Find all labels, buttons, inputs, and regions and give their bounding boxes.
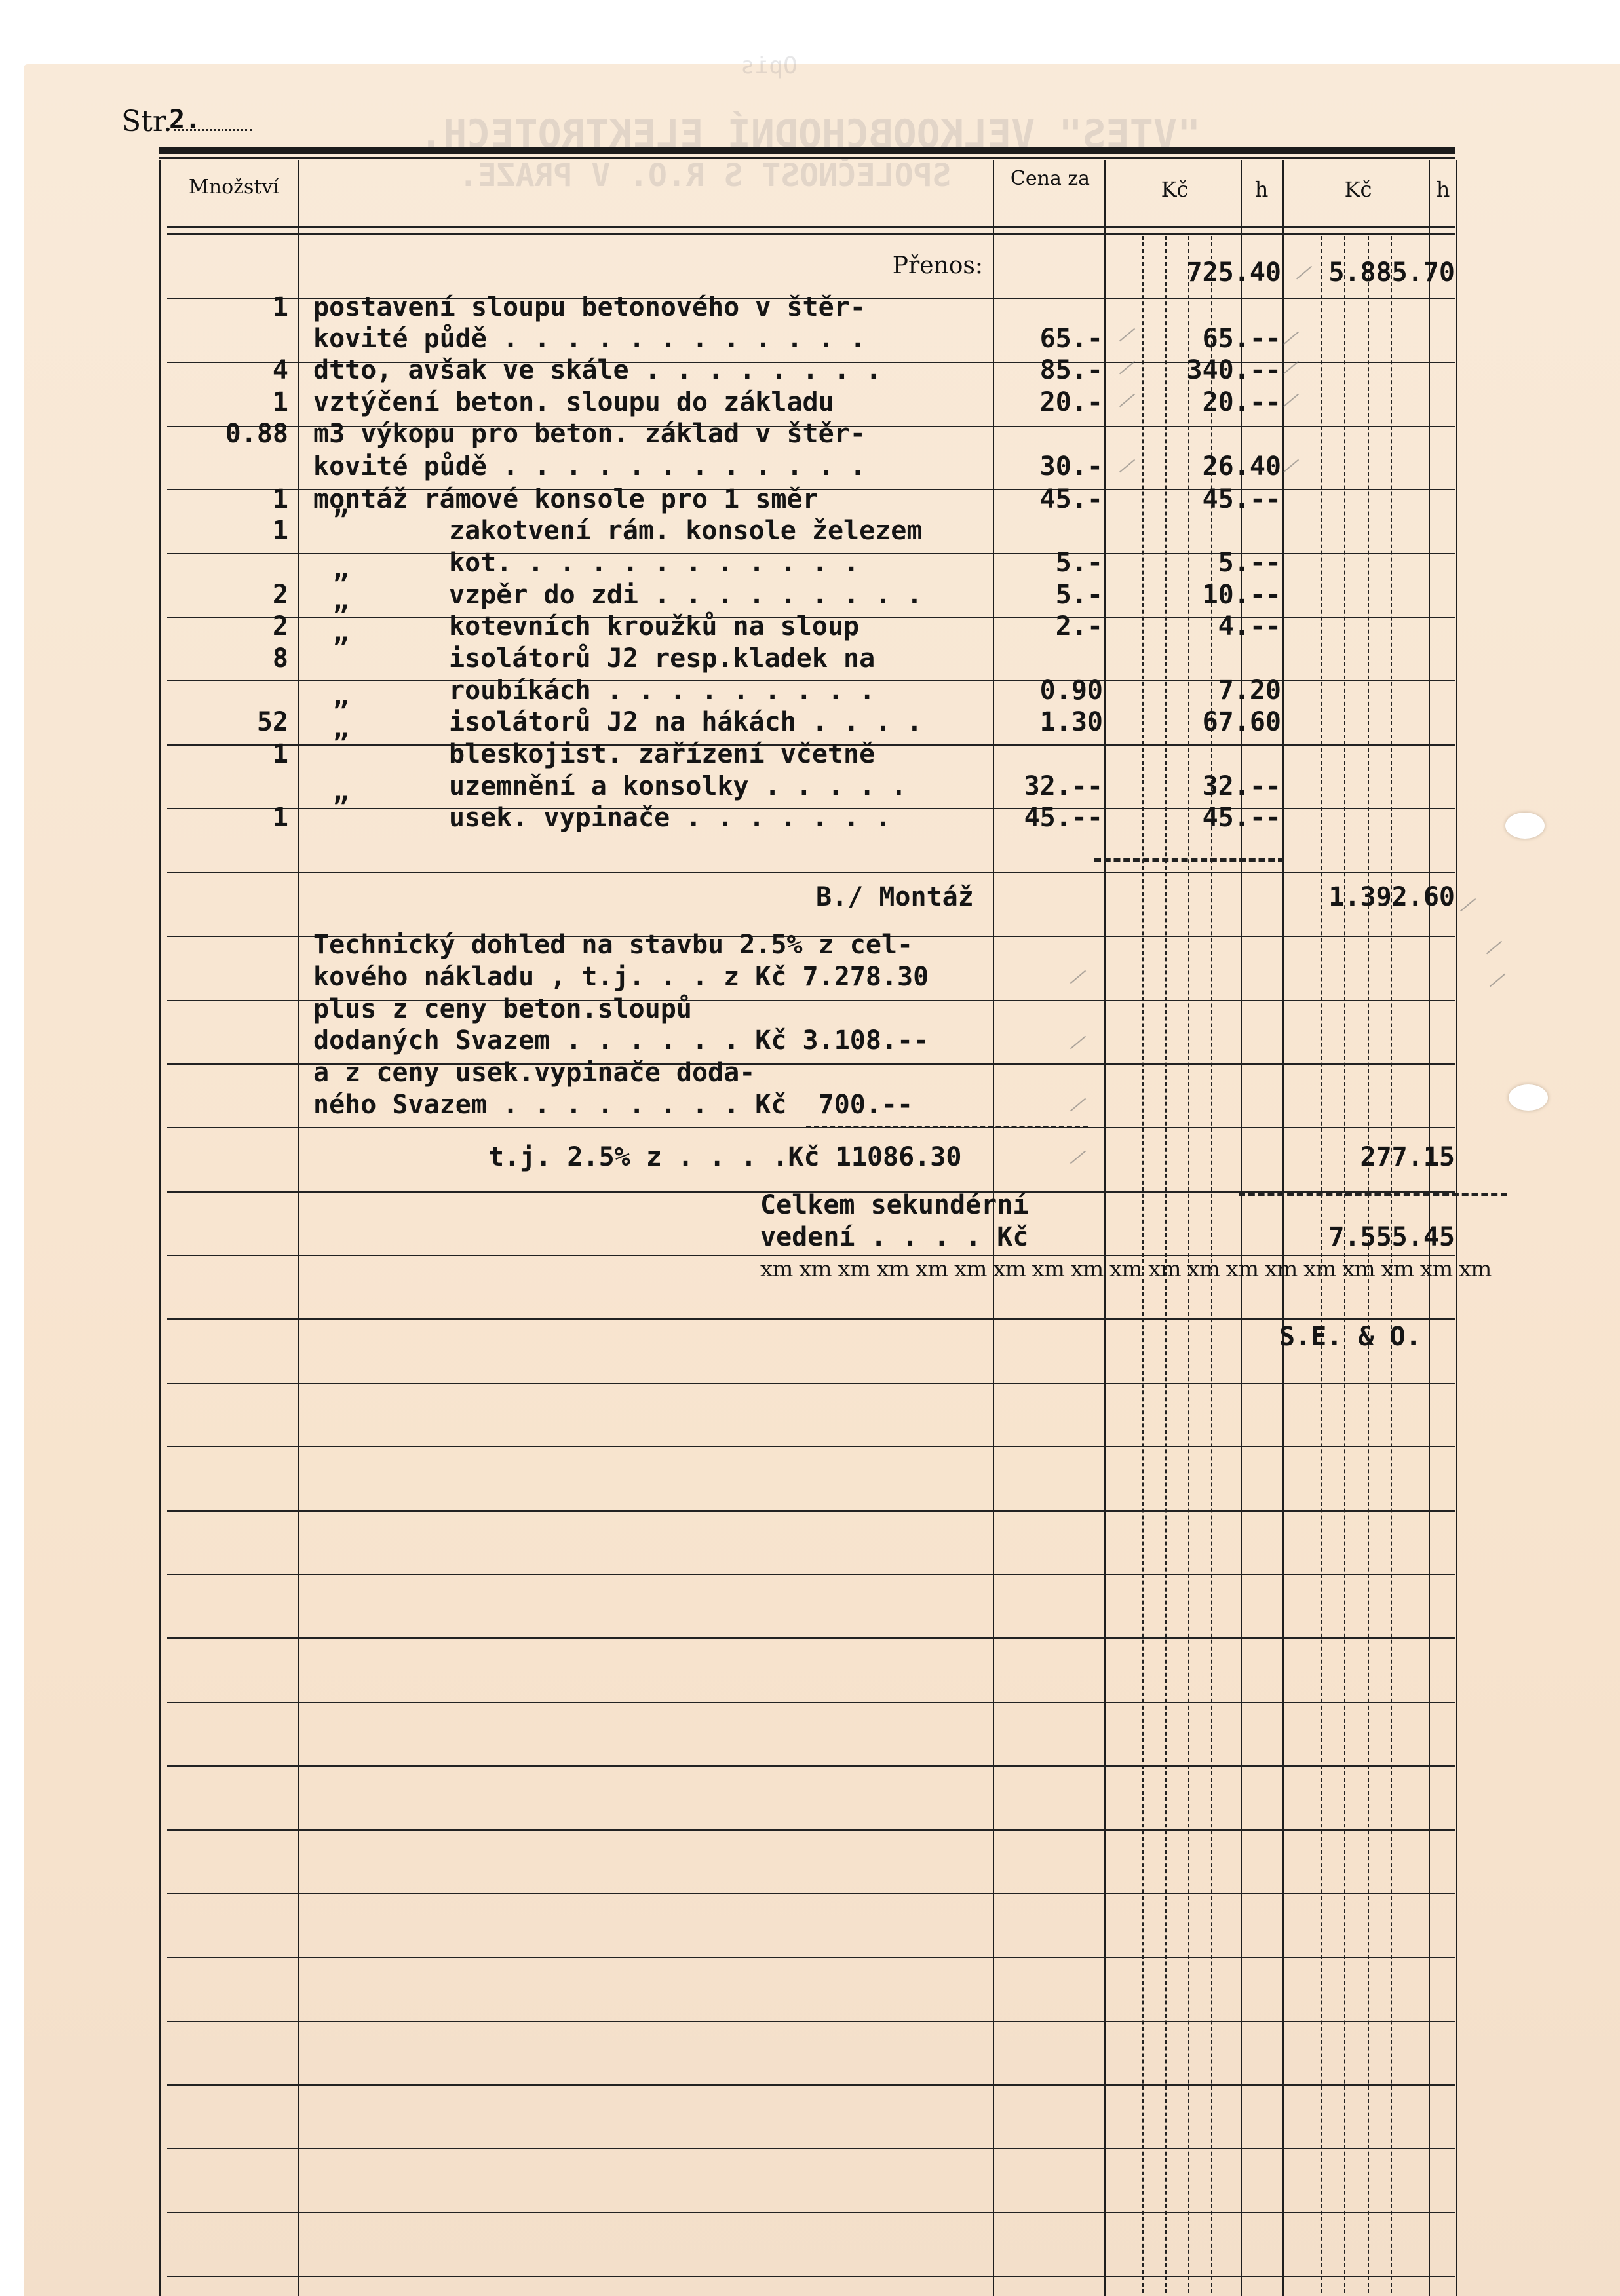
item-desc: kotevních kroužků na sloup: [449, 611, 859, 642]
item-desc: isolátorů J2 resp.kladek na: [449, 643, 875, 674]
item-total: 26.40: [1114, 451, 1281, 482]
col-border-right: [1456, 160, 1457, 2296]
row-rule: [167, 1702, 1455, 1703]
row-rule: [167, 1957, 1455, 1958]
item-qty: 2: [183, 611, 288, 642]
ditto-mark: ”: [333, 696, 349, 727]
header-kc-2: Kč: [1288, 177, 1429, 202]
row-rule: [167, 2276, 1455, 2277]
row-rule: [167, 2021, 1455, 2022]
ditto-mark: ”: [333, 505, 349, 536]
item-desc: postavení sloupu betonového v štěr-: [313, 292, 866, 323]
page-label-text: Str.: [121, 105, 172, 138]
row-rule: [167, 1637, 1455, 1639]
supervision-line: plus z ceny beton.sloupů: [313, 993, 692, 1025]
supervision-line: a z ceny usek.vypinače doda-: [313, 1057, 755, 1088]
col-border-qty-inner: [303, 160, 303, 2296]
item-desc: vzpěr do zdi . . . . . . . . .: [449, 579, 922, 611]
bleed-through-note: Opis: [741, 52, 798, 79]
grand-total-value: 7.555.45: [1288, 1221, 1455, 1253]
item-qty: 4: [183, 354, 288, 386]
item-price: 2.-: [993, 611, 1103, 642]
header-h-1: h: [1242, 177, 1281, 202]
col-border-left: [159, 160, 161, 2296]
page-number: 2.: [169, 105, 201, 135]
signature: S.E. & O.: [1279, 1321, 1421, 1352]
subtotal-separator: [1094, 858, 1284, 862]
row-rule: [167, 1893, 1455, 1894]
item-qty: 8: [183, 643, 288, 674]
punch-hole: [1505, 813, 1545, 839]
item-total: 5.--: [1114, 547, 1281, 579]
supervision-result-value: 277.15: [1288, 1141, 1455, 1173]
strike-line: xm xm xm xm xm xm xm xm xm xm xm xm xm x…: [760, 1253, 1491, 1285]
item-total: 65.--: [1114, 323, 1281, 354]
ditto-mark: ”: [333, 569, 349, 600]
col-border-price: [1104, 160, 1106, 2296]
item-price: 5.-: [993, 579, 1103, 611]
item-desc: usek. vypinače . . . . . . .: [449, 802, 891, 833]
item-desc: isolátorů J2 na hákách . . . .: [449, 706, 922, 738]
supervision-result-label: t.j. 2.5% z . . . .Kč 11086.30: [488, 1141, 961, 1173]
item-price: 5.-: [993, 547, 1103, 579]
row-rule: [167, 1446, 1455, 1447]
item-desc: vztýčení beton. sloupu do základu: [313, 387, 834, 418]
item-price: 30.-: [993, 451, 1103, 482]
col-border-h1-inner: [1286, 160, 1286, 2296]
item-price: 85.-: [993, 354, 1103, 386]
item-price: 45.--: [993, 802, 1103, 833]
item-total: 340.--: [1114, 354, 1281, 386]
header-rule: [167, 226, 1455, 228]
subtotal-value: 1.392.60: [1288, 881, 1455, 913]
grand-total-label-1: Celkem sekundérní: [760, 1189, 1028, 1221]
item-total: 45.--: [1114, 484, 1281, 515]
item-total: 4.--: [1114, 611, 1281, 642]
item-total: 32.--: [1114, 771, 1281, 802]
item-desc: montáž rámové konsole pro 1 směr: [313, 484, 819, 515]
row-rule: [167, 1510, 1455, 1512]
row-rule: [167, 872, 1455, 873]
item-price: 20.-: [993, 387, 1103, 418]
ditto-mark: ”: [333, 600, 349, 632]
item-total: 7.20: [1114, 675, 1281, 706]
row-rule: [167, 1318, 1455, 1320]
item-price: 1.30: [993, 706, 1103, 738]
grand-total-separator: [1239, 1193, 1507, 1196]
carry-over-col2: 5.885.70: [1288, 257, 1455, 288]
item-total: 10.--: [1114, 579, 1281, 611]
row-rule: [167, 2084, 1455, 2086]
header-h-2: h: [1430, 177, 1456, 202]
item-qty: 0.88: [183, 418, 288, 450]
item-qty: 1: [183, 292, 288, 323]
item-qty: 2: [183, 579, 288, 611]
supervision-line: dodaných Svazem . . . . . . Kč 3.108.--: [313, 1025, 929, 1056]
item-desc: dtto, avšak ve skále . . . . . . . .: [313, 354, 881, 386]
ditto-mark: ”: [333, 632, 349, 664]
carry-over-label: Přenos:: [845, 252, 983, 279]
header-thin-rule: [159, 157, 1455, 159]
col-border-h1: [1282, 160, 1284, 2296]
row-rule: [167, 1383, 1455, 1384]
item-price: 32.--: [993, 771, 1103, 802]
supervision-line: kového nákladu , t.j. . . z Kč 7.278.30: [313, 961, 929, 993]
supervision-separator: [806, 1126, 1088, 1128]
header-rule-2: [167, 233, 1455, 235]
ditto-mark: ”: [333, 792, 349, 823]
item-qty: 1: [183, 515, 288, 546]
item-desc: kovité půdě . . . . . . . . . . . .: [313, 323, 866, 354]
col-border-price-inner: [1108, 160, 1108, 2296]
supervision-line: ného Svazem . . . . . . . . Kč 700.--: [313, 1089, 913, 1120]
item-total: 67.60: [1114, 706, 1281, 738]
item-total: 45.--: [1114, 802, 1281, 833]
item-qty: 1: [183, 738, 288, 770]
item-price: 45.-: [993, 484, 1103, 515]
header-thick-rule: [159, 147, 1455, 154]
item-desc: uzemnění a konsolky . . . . .: [449, 771, 906, 802]
col-border-qty: [298, 160, 299, 2296]
row-rule: [167, 1765, 1455, 1767]
item-qty: 1: [183, 484, 288, 515]
item-desc: bleskojist. zařízení včetně: [449, 738, 875, 770]
item-desc: m3 výkopu pro beton. základ v štěr-: [313, 418, 866, 450]
ditto-mark: ”: [333, 728, 349, 759]
bleed-through-subheader: SPOLEČNOST S R.O. V PRAZE.: [459, 157, 951, 194]
item-qty: 1: [183, 802, 288, 833]
item-price: 0.90: [993, 675, 1103, 706]
grand-total-label-2: vedení . . . . Kč: [760, 1221, 1028, 1253]
header-kc-1: Kč: [1111, 177, 1239, 202]
supervision-line: Technický dohled na stavbu 2.5% z cel-: [313, 929, 913, 961]
item-qty: 52: [183, 706, 288, 738]
row-rule: [167, 1829, 1455, 1831]
item-desc: roubíkách . . . . . . . . .: [449, 675, 875, 706]
row-rule: [167, 2212, 1455, 2213]
row-rule: [167, 2148, 1455, 2149]
header-price-per: Cena za: [996, 167, 1104, 191]
carry-over-col1: 725.40: [1114, 257, 1281, 288]
item-price: 65.-: [993, 323, 1103, 354]
item-desc: kovité půdě . . . . . . . . . . . .: [313, 451, 866, 482]
row-rule: [167, 1574, 1455, 1575]
item-qty: 1: [183, 387, 288, 418]
header-quantity: Množství: [172, 176, 296, 199]
item-desc: zakotvení rám. konsole železem: [449, 515, 922, 546]
subtotal-label: B./ Montáž: [816, 881, 974, 913]
punch-hole: [1509, 1084, 1548, 1111]
item-total: 20.--: [1114, 387, 1281, 418]
item-desc: kot. . . . . . . . . . . .: [449, 547, 859, 579]
